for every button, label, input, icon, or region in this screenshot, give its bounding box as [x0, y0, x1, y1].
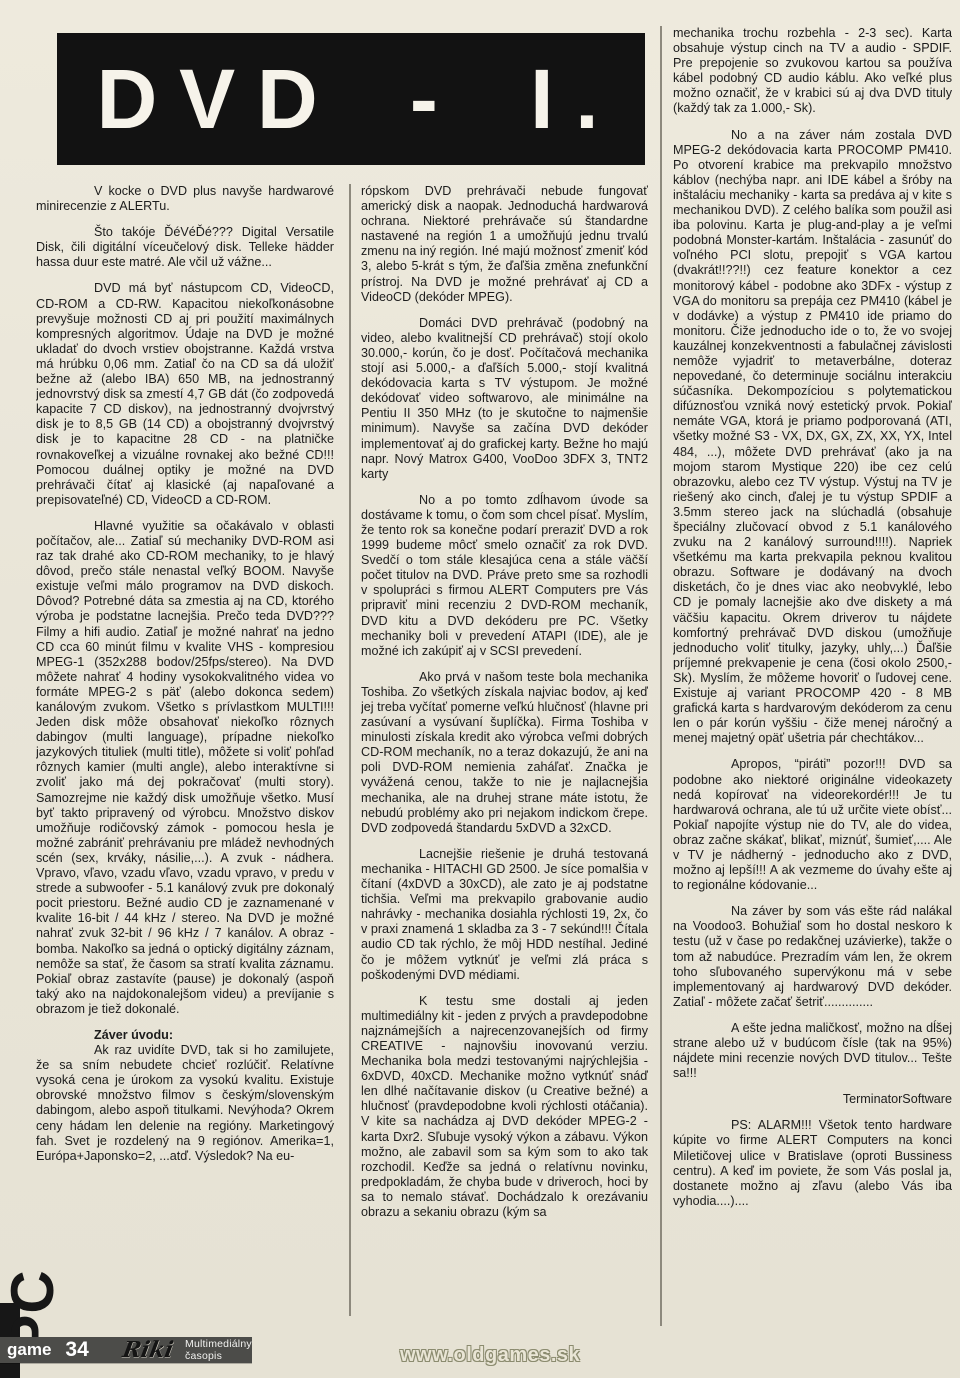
- watermark: www.oldgames.sk: [400, 1344, 580, 1367]
- paragraph: No a po tomto zdĺhavom úvode sa dostávam…: [361, 493, 648, 659]
- platform-label: game: [7, 1340, 51, 1360]
- magazine-page: DVD - I. V kocke o DVD plus navyše hardw…: [0, 0, 960, 1378]
- column-divider-1: [349, 184, 351, 1316]
- author-byline: TerminatorSoftware: [673, 1092, 952, 1107]
- text-column-2: rópskom DVD prehrávači nebude fungovať a…: [361, 184, 648, 1320]
- magazine-subtitle: Multimediálny časopis: [185, 1338, 252, 1362]
- section-heading: Záver úvodu:: [36, 1028, 334, 1043]
- paragraph: rópskom DVD prehrávači nebude fungovať a…: [361, 184, 648, 305]
- paragraph: A ešte jedna maličkosť, možno na dĺšej s…: [673, 1021, 952, 1081]
- paragraph: Ako prvá v našom teste bola mechanika To…: [361, 670, 648, 836]
- article-title: DVD - I.: [82, 57, 621, 141]
- article-title-banner: DVD - I.: [57, 33, 645, 165]
- paragraph: Što takóje ĎéVéĎé??? Digital Versatile D…: [36, 225, 334, 270]
- paragraph: No a na záver nám zostala DVD MPEG-2 dek…: [673, 128, 952, 747]
- page-number: 34: [65, 1338, 88, 1362]
- paragraph: Domáci DVD prehrávač (podobný na video, …: [361, 316, 648, 482]
- text-column-1: V kocke o DVD plus navyše hardwarové min…: [36, 184, 334, 1320]
- magazine-logo: Riki: [120, 1337, 175, 1363]
- paragraph: Lacnejšie riešenie je druhá testovaná me…: [361, 847, 648, 983]
- paragraph: K testu sme dostali aj jeden multimediál…: [361, 994, 648, 1220]
- paragraph: V kocke o DVD plus navyše hardwarové min…: [36, 184, 334, 214]
- footer-bar: game 34 Riki Multimediálny časopis: [0, 1337, 252, 1363]
- paragraph: PS: ALARM!!! Všetok tento hardware kúpit…: [673, 1118, 952, 1209]
- paragraph: Ak raz uvidíte DVD, tak si ho zamilujete…: [36, 1043, 334, 1164]
- text-column-3: mechanika trochu rozbehla - 2-3 sec). Ka…: [673, 26, 952, 1322]
- paragraph: Na záver by som vás ešte rád nalákal na …: [673, 904, 952, 1010]
- paragraph: Hlavné využitie sa očakávalo v oblasti p…: [36, 519, 334, 1017]
- column-divider-2: [660, 26, 662, 1326]
- paragraph: DVD má byť nástupcom CD, VideoCD, CD-ROM…: [36, 281, 334, 507]
- paragraph: mechanika trochu rozbehla - 2-3 sec). Ka…: [673, 26, 952, 117]
- paragraph: Apropos, “piráti” pozor!!! DVD sa podobn…: [673, 757, 952, 893]
